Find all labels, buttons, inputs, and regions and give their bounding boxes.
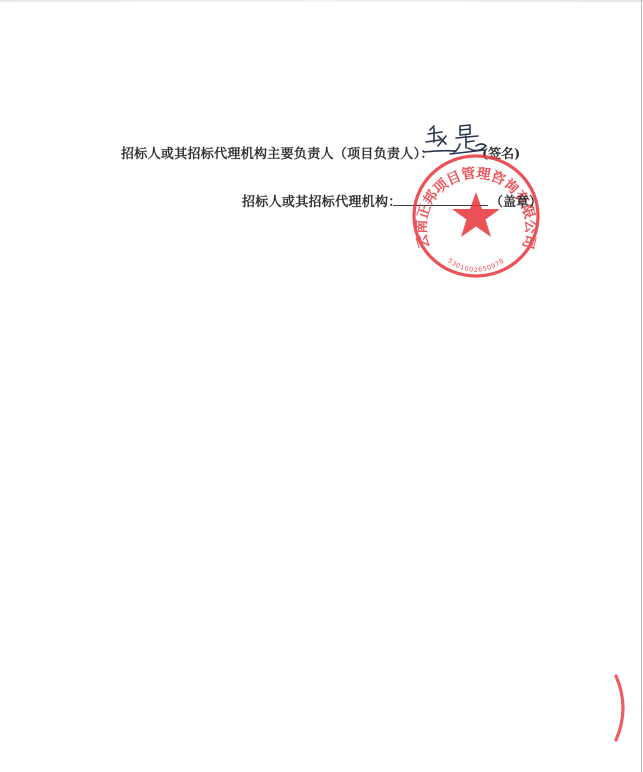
agency-label: 招标人或其招标代理机构： <box>242 191 402 210</box>
scan-right-edge <box>641 0 642 772</box>
document-page: 招标人或其招标代理机构主要负责人（项目负责人）： 赵是 (签名) 招标人或其招标… <box>0 0 643 772</box>
responsible-person-label: 招标人或其招标代理机构主要负责人（项目负责人）： <box>121 143 434 162</box>
seal-suffix-label: （盖章） <box>490 191 542 210</box>
partial-seal-edge <box>612 672 634 744</box>
scan-top-edge <box>0 0 643 2</box>
company-seal: 云南正邦项目管理咨询有限公司 5301002650978 <box>408 150 544 280</box>
